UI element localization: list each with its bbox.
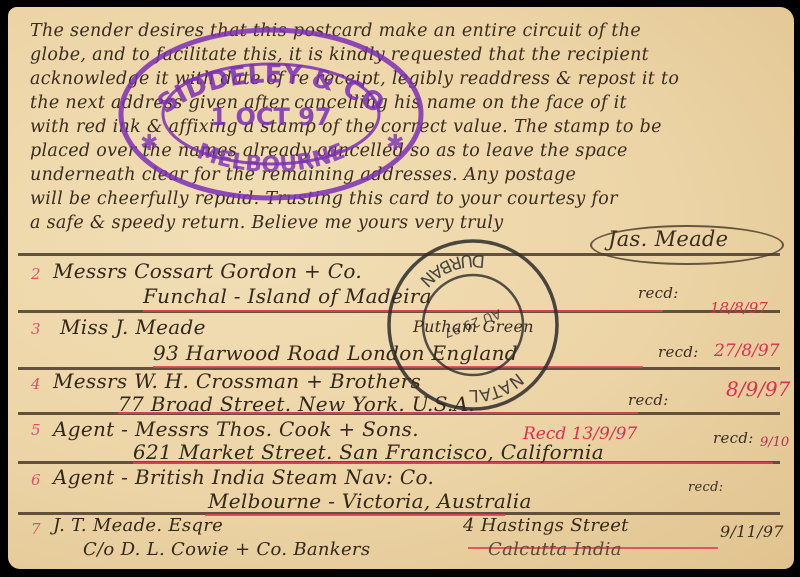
message-line: the next address given after cancelling … — [30, 93, 627, 113]
received-date: 27/8/97 — [714, 341, 780, 361]
address-line: 4 Hastings Street — [463, 515, 629, 536]
entry-number: 4 — [31, 375, 41, 393]
address-line: C/o D. L. Cowie + Co. Bankers — [83, 539, 370, 560]
message-line: The sender desires that this postcard ma… — [30, 21, 641, 41]
entry-number: 3 — [31, 320, 41, 338]
address-line: Calcutta India — [488, 539, 622, 560]
message-line: underneath clear for the remaining addre… — [30, 165, 576, 185]
entry-number: 6 — [31, 471, 41, 489]
address-line: Melbourne - Victoria, Australia — [208, 489, 532, 513]
received-date: 18/8/97 — [710, 299, 768, 317]
postcard: The sender desires that this postcard ma… — [8, 7, 794, 569]
entry-number: 7 — [31, 520, 41, 538]
address-line: 621 Market Street. San Francisco, Califo… — [133, 440, 604, 464]
address-line: Agent - Messrs Thos. Cook + Sons. — [53, 417, 419, 441]
address-line: 93 Harwood Road London England — [153, 341, 518, 365]
address-line: Funchal - Island of Madeira — [143, 284, 432, 308]
address-note: Putham Green — [413, 317, 534, 336]
message-line: placed over the names already cancelled … — [30, 141, 628, 161]
received-label: recd: — [638, 284, 679, 302]
message-line: acknowledge it with date of re receipt, … — [30, 69, 679, 89]
address-line: J. T. Meade. Esqre — [53, 515, 223, 536]
divider — [18, 253, 780, 256]
message-line: a safe & speedy return. Believe me yours… — [30, 213, 503, 233]
address-line: Agent - British India Steam Nav: Co. — [53, 465, 434, 489]
message-line: globe, and to facilitate this, it is kin… — [30, 45, 649, 65]
received-label: recd: — [688, 480, 723, 495]
message-line: with red ink & affixing a stamp of the c… — [30, 117, 662, 137]
entry-number: 2 — [31, 265, 41, 283]
received-label: recd: — [628, 391, 669, 409]
address-line: 77 Broad Street. New York. U.S.A. — [118, 392, 475, 416]
received-date: 9/11/97 — [720, 522, 784, 541]
received-label: recd: — [713, 429, 754, 447]
entry-number: 5 — [31, 421, 41, 439]
message-line: will be cheerfully repaid. Trusting this… — [30, 189, 618, 209]
address-line: Messrs W. H. Crossman + Brothers — [53, 369, 421, 393]
address-line: Miss J. Meade — [60, 315, 206, 339]
address-line: Messrs Cossart Gordon + Co. — [53, 259, 362, 283]
received-date: 8/9/97 — [726, 377, 790, 401]
received-label: recd: — [658, 343, 699, 361]
signature: Jas. Meade — [608, 227, 728, 251]
received-date: 9/10 — [760, 435, 789, 450]
